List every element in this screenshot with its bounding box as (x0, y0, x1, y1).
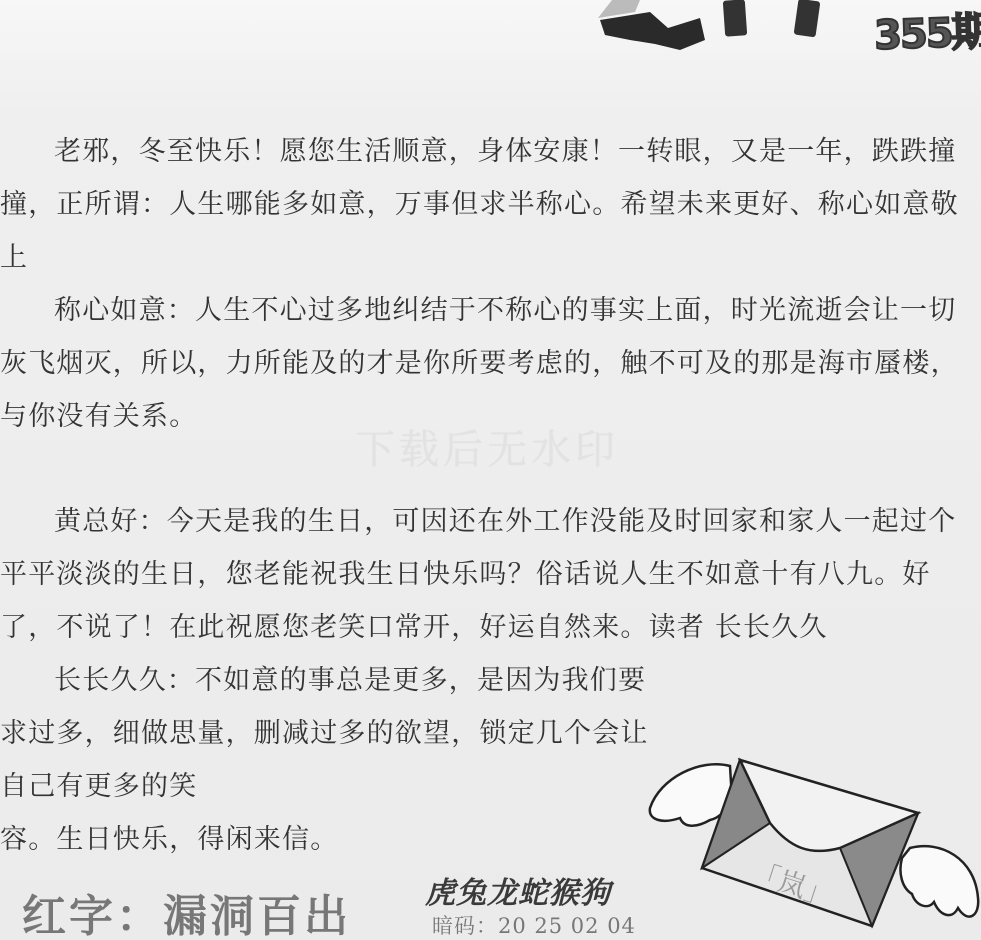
secret-code-label: 暗码： (432, 914, 498, 938)
header-art: 355期 (0, 0, 981, 62)
watermark-text: 下载后无水印 (355, 418, 619, 475)
issue-number-label: 355期 (873, 0, 981, 61)
secret-code: 暗码：20 25 02 04 (432, 910, 636, 940)
zodiac-hint: 虎兔龙蛇猴狗 (425, 868, 611, 912)
envelope-icon: 「岚」 (640, 748, 981, 940)
secret-code-values: 20 25 02 04 (498, 914, 636, 938)
winged-envelope-illustration: 「岚」 (640, 748, 981, 940)
editor-reply-text: 长长久久：不如意的事总是更多，是因为我们要求过多，细做思量，删减过多的欲望，锁定… (0, 665, 649, 802)
reader-letter-paragraph: 黄总好：今天是我的生日，可因还在外工作没能及时回家和家人一起过个平平淡淡的生日，… (0, 495, 975, 654)
reader-letter-paragraph: 老邪，冬至快乐！愿您生活顺意，身体安康！一转眼，又是一年，跌跌撞撞，正所谓：人生… (0, 125, 975, 284)
red-text-hint: 红字：漏洞百出 (22, 880, 351, 940)
header-title-art (0, 0, 981, 62)
